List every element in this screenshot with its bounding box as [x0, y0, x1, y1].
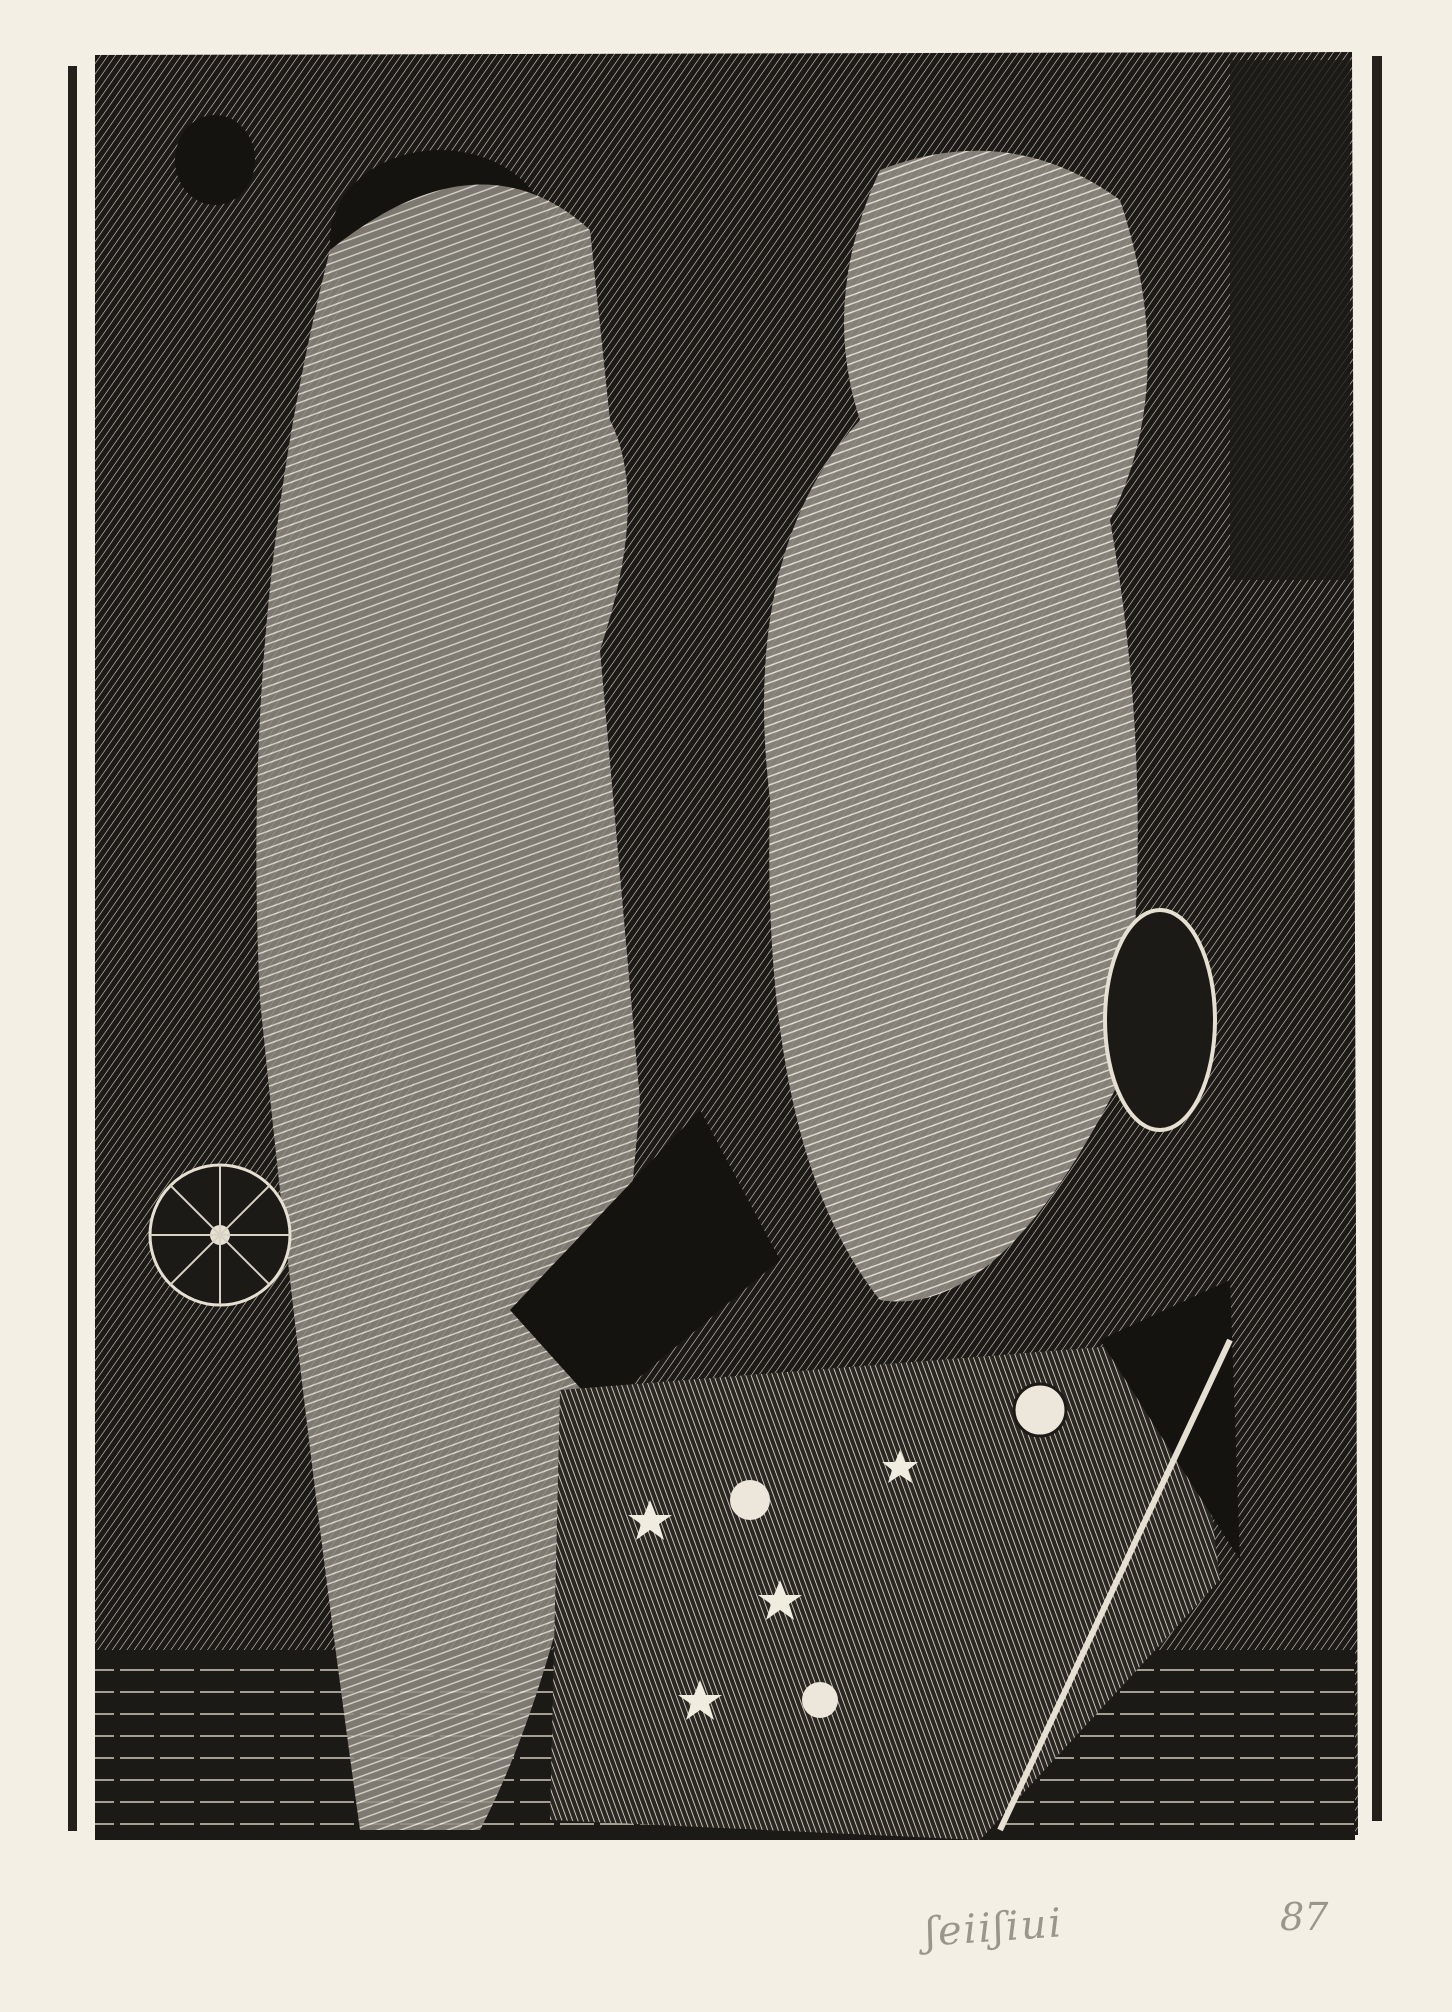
right-border-bar [1372, 56, 1382, 1821]
mirror-frame [1105, 910, 1215, 1130]
signature-year: 87 [1280, 1895, 1328, 1939]
helmet [175, 115, 255, 205]
wheel [150, 1165, 290, 1305]
artist-signature: ʃeiiʃiui [924, 1900, 1065, 1956]
artwork-print [0, 0, 1452, 2012]
left-border-bar [68, 66, 77, 1831]
